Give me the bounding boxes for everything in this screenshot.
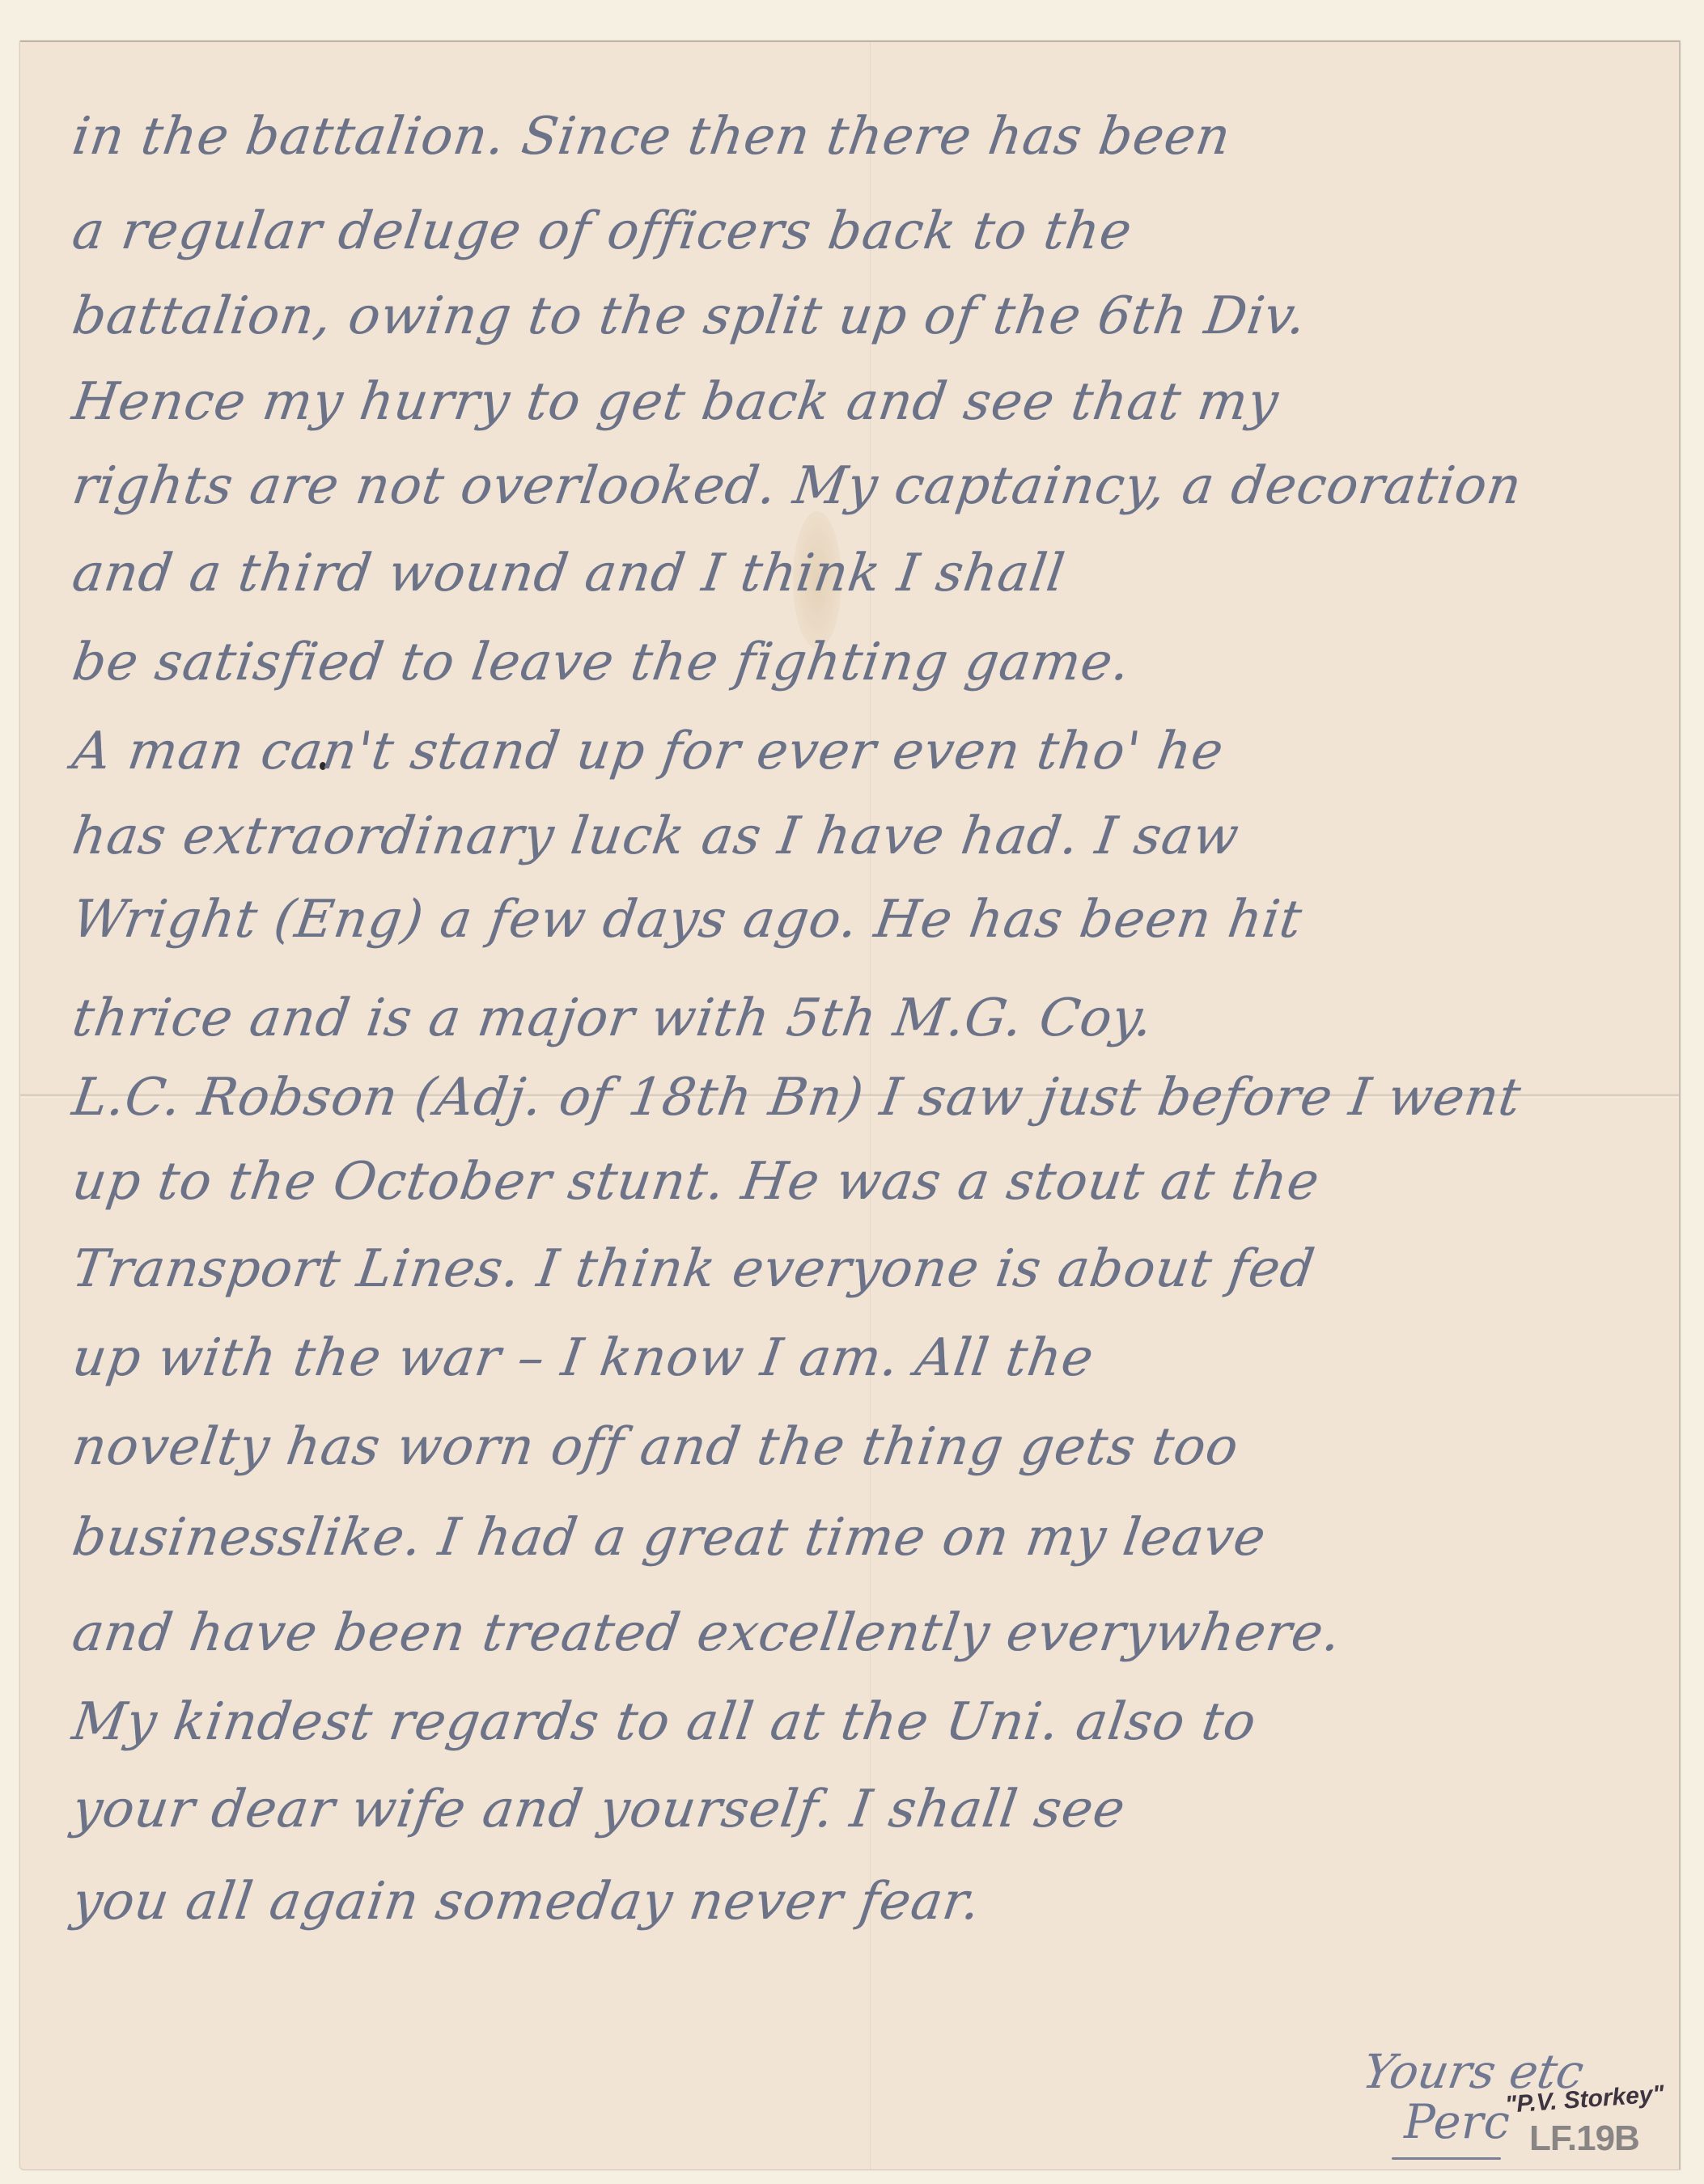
letter-line: rights are not overlooked. My captaincy,… bbox=[69, 456, 1525, 516]
letter-line: a regular deluge of officers back to the bbox=[69, 201, 1136, 261]
scan-background: in the battalion. Since then there has b… bbox=[0, 0, 1704, 2184]
letter-line: be satisfied to leave the fighting game. bbox=[69, 633, 1134, 692]
archive-reference-number: LF.19B bbox=[1529, 2118, 1639, 2159]
signature: Perc bbox=[1404, 2094, 1510, 2149]
letter-line: up with the war – I know I am. All the bbox=[69, 1328, 1098, 1388]
letter-body: in the battalion. Since then there has b… bbox=[20, 42, 1679, 2169]
letter-line: up to the October stunt. He was a stout … bbox=[69, 1152, 1323, 1212]
letter-line: and have been treated excellently everyw… bbox=[69, 1603, 1345, 1663]
letter-line: My kindest regards to all at the Uni. al… bbox=[69, 1692, 1260, 1752]
letter-line: you all again someday never fear. bbox=[69, 1872, 985, 1932]
letter-line: Hence my hurry to get back and see that … bbox=[69, 372, 1282, 432]
letter-line: thrice and is a major with 5th M.G. Coy. bbox=[69, 988, 1157, 1048]
letter-line: Transport Lines. I think everyone is abo… bbox=[69, 1239, 1319, 1299]
letter-line: battalion, owing to the split up of the … bbox=[69, 286, 1310, 346]
letter-line: and a third wound and I think I shall bbox=[69, 544, 1069, 603]
letter-line: your dear wife and yourself. I shall see bbox=[69, 1780, 1130, 1839]
signature-block: Yours etc Perc "P.V. Storkey" LF.19B bbox=[1331, 2044, 1671, 2165]
letter-page: in the battalion. Since then there has b… bbox=[19, 40, 1681, 2170]
letter-line: novelty has worn off and the thing gets … bbox=[69, 1417, 1242, 1477]
letter-line: has extraordinary luck as I have had. I … bbox=[69, 806, 1243, 866]
letter-line: A man can't stand up for ever even tho' … bbox=[69, 722, 1227, 781]
signature-underline bbox=[1392, 2157, 1501, 2160]
letter-line: Wright (Eng) a few days ago. He has been… bbox=[69, 890, 1306, 950]
letter-line: in the battalion. Since then there has b… bbox=[69, 107, 1235, 167]
letter-line: businesslike. I had a great time on my l… bbox=[69, 1508, 1270, 1568]
letter-line: L.C. Robson (Adj. of 18th Bn) I saw just… bbox=[69, 1068, 1525, 1128]
